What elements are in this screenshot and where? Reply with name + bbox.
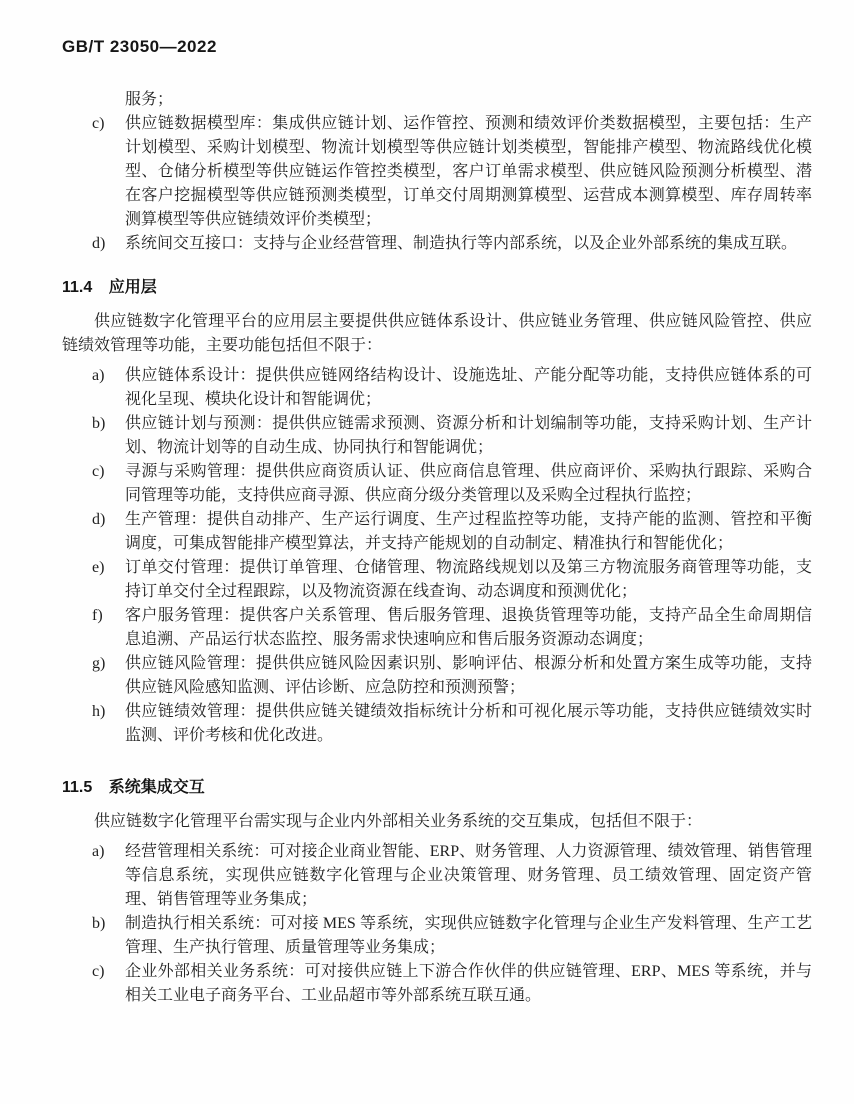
- item-label: d): [92, 508, 125, 532]
- item-label: a): [92, 840, 125, 864]
- list-item: d) 生产管理：提供自动排产、生产运行调度、生产过程监控等功能，支持产能的监测、…: [62, 508, 812, 556]
- standard-number: GB/T 23050—2022: [62, 36, 812, 58]
- item-label: g): [92, 652, 125, 676]
- section-heading-11-5: 11.5 系统集成交互: [62, 778, 812, 798]
- item-text: 系统间交互接口：支持与企业经营管理、制造执行等内部系统，以及企业外部系统的集成互…: [125, 232, 812, 256]
- list-item: h) 供应链绩效管理：提供供应链关键绩效指标统计分析和可视化展示等功能，支持供应…: [62, 700, 812, 748]
- list-item: f) 客户服务管理：提供客户关系管理、售后服务管理、退换货管理等功能，支持产品全…: [62, 604, 812, 652]
- list-item: g) 供应链风险管理：提供供应链风险因素识别、影响评估、根源分析和处置方案生成等…: [62, 652, 812, 700]
- item-text: 寻源与采购管理：提供供应商资质认证、供应商信息管理、供应商评价、采购执行跟踪、采…: [125, 460, 812, 508]
- section-heading-11-4: 11.4 应用层: [62, 278, 812, 298]
- item-label: c): [92, 960, 125, 984]
- item-text: 供应链绩效管理：提供供应链关键绩效指标统计分析和可视化展示等功能，支持供应链绩效…: [125, 700, 812, 748]
- item-text: 客户服务管理：提供客户关系管理、售后服务管理、退换货管理等功能，支持产品全生命周…: [125, 604, 812, 652]
- list-item: d) 系统间交互接口：支持与企业经营管理、制造执行等内部系统，以及企业外部系统的…: [62, 232, 812, 256]
- item-label: b): [92, 912, 125, 936]
- architecture-model-list: c) 供应链数据模型库：集成供应链计划、运作管控、预测和绩效评价类数据模型，主要…: [62, 112, 812, 256]
- list-item: c) 企业外部相关业务系统：可对接供应链上下游合作伙伴的供应链管理、ERP、ME…: [62, 960, 812, 1008]
- section-number: 11.5: [62, 779, 92, 796]
- item-text: 生产管理：提供自动排产、生产运行调度、生产过程监控等功能，支持产能的监测、管控和…: [125, 508, 812, 556]
- section-title: 应用层: [109, 279, 157, 296]
- list-item: b) 制造执行相关系统：可对接 MES 等系统，实现供应链数字化管理与企业生产发…: [62, 912, 812, 960]
- list-item: e) 订单交付管理：提供订单管理、仓储管理、物流路线规划以及第三方物流服务商管理…: [62, 556, 812, 604]
- section-number: 11.4: [62, 279, 92, 296]
- item-text: 供应链计划与预测：提供供应链需求预测、资源分析和计划编制等功能，支持采购计划、生…: [125, 412, 812, 460]
- item-text: 制造执行相关系统：可对接 MES 等系统，实现供应链数字化管理与企业生产发料管理…: [125, 912, 812, 960]
- item-label: h): [92, 700, 125, 724]
- system-integration-list: a) 经营管理相关系统：可对接企业商业智能、ERP、财务管理、人力资源管理、绩效…: [62, 840, 812, 1008]
- item-text: 企业外部相关业务系统：可对接供应链上下游合作伙伴的供应链管理、ERP、MES 等…: [125, 960, 812, 1008]
- item-text: 供应链数据模型库：集成供应链计划、运作管控、预测和绩效评价类数据模型，主要包括：…: [125, 112, 812, 232]
- item-label: a): [92, 364, 125, 388]
- list-item: b) 供应链计划与预测：提供供应链需求预测、资源分析和计划编制等功能，支持采购计…: [62, 412, 812, 460]
- item-text: 供应链风险管理：提供供应链风险因素识别、影响评估、根源分析和处置方案生成等功能，…: [125, 652, 812, 700]
- item-label: c): [92, 112, 125, 136]
- item-label: e): [92, 556, 125, 580]
- list-item: a) 经营管理相关系统：可对接企业商业智能、ERP、财务管理、人力资源管理、绩效…: [62, 840, 812, 912]
- list-item: c) 寻源与采购管理：提供供应商资质认证、供应商信息管理、供应商评价、采购执行跟…: [62, 460, 812, 508]
- section-11-5-intro: 供应链数字化管理平台需实现与企业内外部相关业务系统的交互集成，包括但不限于：: [62, 810, 812, 834]
- section-11-4-intro: 供应链数字化管理平台的应用层主要提供供应链体系设计、供应链业务管理、供应链风险管…: [62, 310, 812, 358]
- item-text: 订单交付管理：提供订单管理、仓储管理、物流路线规划以及第三方物流服务商管理等功能…: [125, 556, 812, 604]
- item-label: b): [92, 412, 125, 436]
- list-item: a) 供应链体系设计：提供供应链网络结构设计、设施选址、产能分配等功能，支持供应…: [62, 364, 812, 412]
- item-label: d): [92, 232, 125, 256]
- item-label: c): [92, 460, 125, 484]
- carryover-line: 服务；: [125, 88, 812, 112]
- list-item: c) 供应链数据模型库：集成供应链计划、运作管控、预测和绩效评价类数据模型，主要…: [62, 112, 812, 232]
- item-text: 经营管理相关系统：可对接企业商业智能、ERP、财务管理、人力资源管理、绩效管理、…: [125, 840, 812, 912]
- item-label: f): [92, 604, 125, 628]
- application-layer-list: a) 供应链体系设计：提供供应链网络结构设计、设施选址、产能分配等功能，支持供应…: [62, 364, 812, 748]
- document-page: GB/T 23050—2022 服务； c) 供应链数据模型库：集成供应链计划、…: [0, 0, 854, 1104]
- item-text: 供应链体系设计：提供供应链网络结构设计、设施选址、产能分配等功能，支持供应链体系…: [125, 364, 812, 412]
- section-title: 系统集成交互: [109, 779, 205, 796]
